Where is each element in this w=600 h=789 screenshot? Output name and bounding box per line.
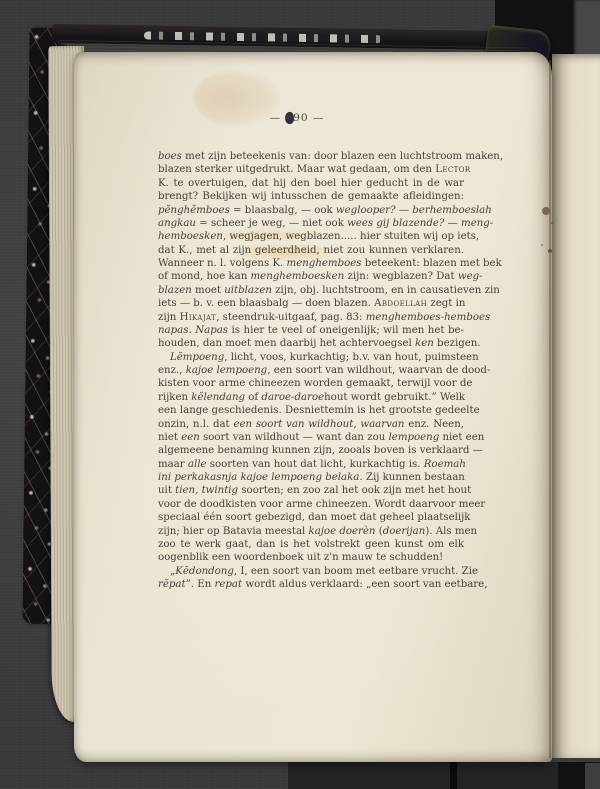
book-gutter [549, 60, 551, 758]
italic-text: een [181, 432, 200, 443]
body-text: soort van wildhout — want dan zou [200, 432, 389, 443]
body-text: ( [375, 526, 382, 537]
body-text: maar [158, 459, 188, 470]
italic-text: tien, twintig [175, 485, 238, 496]
body-text: K. te overtuigen, dat hij den boel hier … [158, 178, 464, 189]
smallcaps-name: Hikajat [180, 312, 217, 323]
italic-text: pĕnghĕmboes [158, 205, 230, 216]
facing-page [552, 54, 600, 758]
text-line: oogenblik een woordenboek uit z'n mauw t… [158, 551, 464, 564]
italic-text: wees gij blazende? [347, 218, 444, 229]
body-text: houden, dan moet men daarbij het achterv… [158, 338, 415, 349]
body-text: ”. En [186, 579, 215, 590]
body-text: , licht, voos, kurkachtig; b.v. van hout… [224, 352, 478, 363]
italic-text: ini perkakasnja kajoe lempoeng belaka [158, 472, 359, 483]
body-text: speciaal één soort gebezigd, dan moet da… [158, 512, 470, 523]
italic-text: weglooper? [336, 205, 396, 216]
text-line: boes met zijn beteekenis van: door blaze… [158, 150, 464, 163]
italic-text: repat [215, 579, 243, 590]
text-line: uit tien, twintig soorten; en zoo zal he… [158, 484, 464, 497]
text-line: rijken kĕlendang of daroe-daroehout word… [158, 391, 464, 404]
body-text: niet een [439, 432, 484, 443]
body-text: hout wordt gebruikt.” Welk [324, 392, 465, 403]
body-text: zijn, obj. luchtstroom, en in causatieve… [272, 285, 500, 296]
italic-text: hemboesken [158, 231, 223, 242]
italic-text: kajoe doerèn [309, 526, 376, 537]
italic-text: angkau [158, 218, 196, 229]
italic-text: daroe-daroe [261, 392, 324, 403]
body-text: zijn; hier op Batavia meestal [158, 526, 309, 537]
body-text: Wanneer n. l. volgens K. [158, 258, 287, 269]
body-text: enz. Neen, [404, 419, 464, 430]
body-text: kisten voor arme chineezen worden gemaak… [158, 378, 472, 389]
body-text: rijken [158, 392, 191, 403]
text-line: „Kĕdondong, I, een soort van boom met ee… [158, 565, 464, 578]
italic-text: Roemah [424, 459, 466, 470]
body-text: met zijn beteekenis van: door blazen een… [182, 151, 503, 162]
body-text: beteekent: blazen met bek [361, 258, 501, 269]
page-number: — 290 — [144, 112, 450, 124]
body-text: bezigen. [434, 338, 481, 349]
body-text: zijn: wegblazen? Dat [344, 271, 458, 282]
italic-text: kĕlendang [191, 392, 245, 403]
body-text: . Zij kunnen bestaan [359, 472, 464, 483]
body-text: voor de doodkisten voor arme chineezen. … [158, 499, 485, 510]
italic-text: rĕpat [158, 579, 186, 590]
body-text: , wegjagen, wegblazen..... hier stuiten … [223, 231, 479, 242]
italic-text: blazen [158, 285, 192, 296]
text-line: hemboesken, wegjagen, wegblazen..... hie… [158, 230, 464, 243]
body-text: soorten; en zoo zal het ook zijn met het… [238, 485, 471, 496]
body-text: zoo te werk gaat, dan is het volstrekt g… [158, 539, 464, 550]
body-text: zegt in [427, 298, 465, 309]
italic-text: ken [415, 338, 434, 349]
body-text: zijn [158, 312, 180, 323]
italic-text: kajoe lempoeng [186, 365, 268, 376]
body-text: , een soort van wildhout, waarvan de doo… [267, 365, 490, 376]
italic-text: menghemboesken [251, 271, 345, 282]
italic-text: doerijan [383, 526, 426, 537]
body-text: — [396, 205, 413, 216]
text-line: maar alle soorten van hout dat licht, ku… [158, 458, 464, 471]
body-text: een lange geschiedenis. Desniettemin is … [158, 405, 480, 416]
body-text: onzin, n.l. dat [158, 419, 233, 430]
text-line: zoo te werk gaat, dan is het volstrekt g… [158, 538, 464, 551]
text-line: blazen moet uitblazen zijn, obj. luchtst… [158, 284, 464, 297]
text-line: ini perkakasnja kajoe lempoeng belaka. Z… [158, 471, 464, 484]
body-text: = blaasbalg, — ook [230, 205, 336, 216]
text-line: speciaal één soort gebezigd, dan moet da… [158, 511, 464, 524]
italic-text: menghemboes [287, 258, 362, 269]
italic-text: Kĕdondong [175, 566, 234, 577]
backdrop-bottom-shadow [288, 762, 600, 789]
italic-text: menghemboes-hemboes [366, 312, 491, 323]
page-number-text: — 290 — [270, 112, 325, 124]
text-line: algemeene benaming kunnen zijn, zooals b… [158, 444, 464, 457]
italic-text: lempoeng [389, 432, 440, 443]
italic-text: boes [158, 151, 182, 162]
text-line: Wanneer n. l. volgens K. menghemboes bet… [158, 257, 464, 270]
italic-text: meng- [461, 218, 493, 229]
text-line: zijn Hikajat, steendruk-uitgaaf, pag. 83… [158, 311, 464, 324]
body-text: iets — b. v. een blaasbalg — doen blazen… [158, 298, 374, 309]
italic-text: alle [188, 459, 207, 470]
text-line: rĕpat”. En repat wordt aldus verklaard: … [158, 578, 464, 591]
backdrop-seam [450, 762, 457, 789]
italic-text: uitblazen [224, 285, 272, 296]
smallcaps-name: Abdoellah [374, 298, 427, 309]
text-line: brengt? Bekijken wij intusschen de gemaa… [158, 190, 464, 203]
text-line: Lĕmpoeng, licht, voos, kurkachtig; b.v. … [158, 351, 464, 364]
backdrop-seam [585, 763, 600, 789]
smallcaps-name: Lector [435, 164, 470, 175]
body-text: enz., [158, 365, 186, 376]
text-line: dat K., met al zijn geleerdheid, niet zo… [158, 244, 464, 257]
text-line: angkau = scheer je weg, — niet ook wees … [158, 217, 464, 230]
italic-text: berhemboeslah [412, 205, 491, 216]
text-line: zijn; hier op Batavia meestal kajoe doer… [158, 525, 464, 538]
text-line: of mond, hoe kan menghemboesken zijn: we… [158, 270, 464, 283]
body-text: is hier te veel of oneigenlijk; wil men … [228, 325, 464, 336]
text-line: onzin, n.l. dat een soort van wildhout, … [158, 418, 464, 431]
body-text: — [444, 218, 461, 229]
text-line: K. te overtuigen, dat hij den boel hier … [158, 177, 464, 190]
body-text: dat K., met al zijn geleerdheid, niet zo… [158, 245, 464, 256]
text-line: niet een soort van wildhout — want dan z… [158, 431, 464, 444]
text-line: blazen sterker uitgedrukt. Maar wat geda… [158, 163, 464, 176]
book-page: — 290 — boes met zijn beteekenis van: do… [74, 52, 552, 762]
page-text: boes met zijn beteekenis van: door blaze… [158, 150, 464, 591]
body-text: of [245, 392, 261, 403]
photo-backdrop: — 290 — boes met zijn beteekenis van: do… [0, 0, 600, 789]
body-text: moet [192, 285, 224, 296]
text-line: napas. Napas is hier te veel of oneigenl… [158, 324, 464, 337]
body-text: of mond, hoe kan [158, 271, 251, 282]
body-text: , I, een soort van boom met eetbare vruc… [234, 566, 478, 577]
body-text: niet [158, 432, 181, 443]
body-text: uit [158, 485, 175, 496]
text-line: houden, dan moet men daarbij het achterv… [158, 337, 464, 350]
body-text: wordt aldus verklaard: „een soort van ee… [242, 579, 487, 590]
text-line: pĕnghĕmboes = blaasbalg, — ook weglooper… [158, 204, 464, 217]
italic-text: napas [158, 325, 188, 336]
body-text: oogenblik een woordenboek uit z'n mauw t… [158, 552, 443, 563]
text-line: een lange geschiedenis. Desniettemin is … [158, 404, 464, 417]
body-text: , steendruk-uitgaaf, pag. 83: [216, 312, 366, 323]
italic-text: weg- [458, 271, 483, 282]
body-text: brengt? Bekijken wij intusschen de gemaa… [158, 191, 464, 202]
text-line: kisten voor arme chineezen worden gemaak… [158, 377, 464, 390]
italic-text: Napas [195, 325, 228, 336]
text-line: iets — b. v. een blaasbalg — doen blazen… [158, 297, 464, 310]
body-text: algemeene benaming kunnen zijn, zooals b… [158, 445, 483, 456]
italic-text: Lĕmpoeng [170, 352, 224, 363]
body-text: soorten van hout dat licht, kurkachtig i… [207, 459, 424, 470]
body-text: ). Als men [425, 526, 477, 537]
italic-text: een soort van wildhout, waarvan [233, 419, 404, 430]
text-line: voor de doodkisten voor arme chineezen. … [158, 498, 464, 511]
body-text: blazen sterker uitgedrukt. Maar wat geda… [158, 164, 435, 175]
body-text: = scheer je weg, — niet ook [196, 218, 347, 229]
text-line: enz., kajoe lempoeng, een soort van wild… [158, 364, 464, 377]
